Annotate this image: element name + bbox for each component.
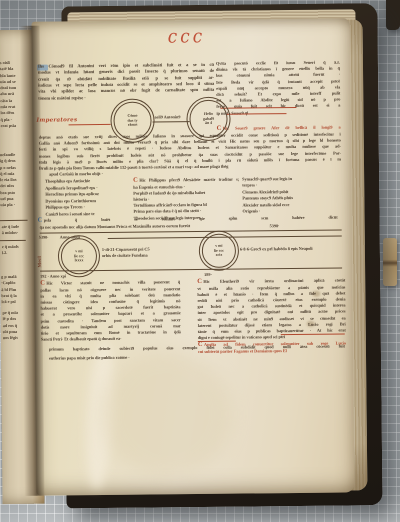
- right-page: ccc Ihs Cōmod9 fil Antonini veri rōm ipi…: [31, 18, 354, 495]
- roundel-anno-mundi-right: v mīlie cccxcix: [199, 231, 239, 271]
- roundel-anno-mundi-right-text: v mīlie cccxcix: [200, 232, 238, 270]
- photo-scene: s oislītatē blahla īanteuia ad sedoaī tu…: [0, 0, 400, 522]
- emperor-link-line: [153, 121, 190, 122]
- writers-column-1: Theophilus eps AntiochieApollinaris Iera…: [45, 178, 131, 218]
- book: s oislītatē blahla īanteuia ad sedoaī tu…: [0, 0, 400, 522]
- writers-column-3: Symach9 quart9 sue legis interpres ·Clem…: [242, 176, 341, 215]
- imperatores-line: [69, 124, 111, 125]
- middle-paragraph: deptus anō etatis sue xviij dices suos m…: [39, 132, 341, 172]
- timeline-after-note: 6·8·6·Grec9 ex prl habēdo 8 epis Neapoli: [240, 246, 342, 253]
- folio-number: ccc: [168, 28, 206, 47]
- paraph-mark: C: [197, 279, 202, 285]
- text-column-left: Ihs Cōmod9 fil Antonini veri rōm ipio et…: [38, 62, 214, 102]
- middle-paragraph-tail: apud Carūsiū in morbo obijt ·: [49, 171, 145, 178]
- emperor-link-label: aeli9 Antonin9: [154, 114, 190, 119]
- water-stain: [101, 350, 232, 479]
- anno-christi-label: 192 · Anno xpi: [40, 273, 66, 278]
- pope-victor-paragraph: pallas lacus nō cōgruere nec in veritate…: [40, 286, 181, 343]
- anno-mundi-mid-number: 5398·: [270, 223, 280, 228]
- timeline-between-note: 1·di·21·Cōparuerūt pri C5orbis de ciuita…: [102, 246, 186, 259]
- anno-christi-right-number: 189·: [204, 272, 212, 277]
- imperatores-label: Imperatores: [37, 117, 78, 123]
- paraph-mark: C: [133, 178, 138, 184]
